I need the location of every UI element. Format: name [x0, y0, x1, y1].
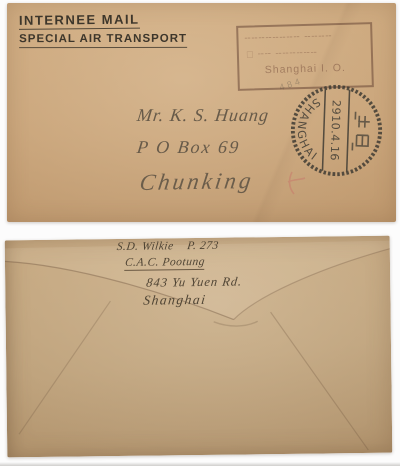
sender-name: S.D. Wilkie P. 273	[116, 240, 219, 253]
shanghai-postmark-icon: 2910.4.16 SHANGHAI	[286, 80, 386, 180]
envelope-front: INTERNEE MAIL SPECIAL AIR TRANSPORT ╌╌╌╌…	[7, 3, 396, 222]
internee-mail-line: INTERNEE MAIL	[19, 12, 140, 30]
postmark-date-text: 2910.4.16	[328, 100, 343, 161]
left-seam-crease	[17, 301, 112, 434]
recipient-name: Mr. K. S. Huang	[136, 105, 271, 126]
scan-edge-shadow	[0, 462, 400, 466]
internee-mail-marking: INTERNEE MAIL SPECIAL AIR TRANSPORT	[19, 10, 187, 49]
postmark-band-bottom	[322, 89, 325, 170]
sender-street: 843 Yu Yuen Rd.	[145, 274, 243, 290]
special-air-transport-line: SPECIAL AIR TRANSPORT	[19, 33, 187, 48]
censor-box-line3: Shanghai I. O.	[245, 59, 365, 79]
postmark-chinese-characters	[352, 112, 370, 151]
recipient-po-box: P O Box 69	[136, 137, 242, 158]
sender-camp: C.A.C. Pootung	[124, 256, 205, 271]
red-pencil-mark	[285, 169, 309, 197]
sender-city: Shanghai	[143, 292, 208, 309]
postmark-band-top	[347, 90, 350, 172]
flap-tip-shadow	[214, 321, 258, 326]
envelope-back: S.D. Wilkie P. 273 C.A.C. Pootung 843 Yu…	[5, 236, 393, 458]
right-seam-crease	[271, 311, 369, 451]
recipient-city: Chunking	[138, 168, 255, 196]
scan-background: INTERNEE MAIL SPECIAL AIR TRANSPORT ╌╌╌╌…	[0, 0, 400, 466]
